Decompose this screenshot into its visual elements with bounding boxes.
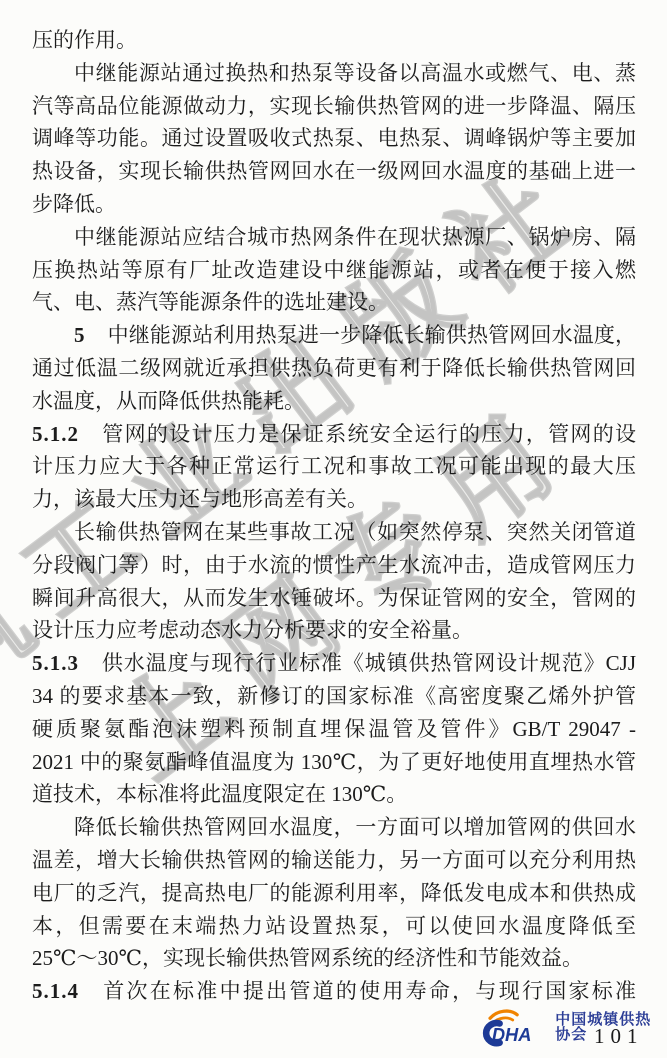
text-line: 热设备，实现长输供热管网回水在一级网回水温度的基础上进一 xyxy=(32,155,636,188)
text-line: 降低长输供热管网回水温度，一方面可以增加管网的供回水 xyxy=(32,811,636,844)
line-text: 道技术，本标准将此温度限定在 130℃。 xyxy=(32,782,407,806)
text-line: 5.1.2管网的设计压力是保证系统安全运行的压力，管网的设 xyxy=(32,418,636,451)
text-line: 硬质聚氨酯泡沫塑料预制直埋保温管及管件》GB/T 29047 - xyxy=(32,713,636,746)
text-line: 电厂的乏汽，提高热电厂的能源利用率，降低发电成本和供热成 xyxy=(32,877,636,910)
clause-number: 5.1.2 xyxy=(32,422,79,446)
cdha-acronym: DHA xyxy=(492,1024,532,1045)
text-line: 步降低。 xyxy=(32,188,636,221)
line-text: 中继能源站利用热泵进一步降低长输供热管网回水温度， xyxy=(108,323,637,347)
document-page: 中国建筑工业出版社 上网专用 压的作用。 中继能源站通过换热和热泵等设备以高温水… xyxy=(0,0,667,1058)
document-body: 压的作用。 中继能源站通过换热和热泵等设备以高温水或燃气、电、蒸 汽等高品位能源… xyxy=(32,24,636,1008)
line-text: 中继能源站应结合城市热网条件在现状热源厂、锅炉房、隔 xyxy=(74,225,636,249)
clause-number: 5.1.4 xyxy=(32,979,79,1003)
cdha-emblem-icon: DHA xyxy=(470,1004,550,1050)
line-text: 力，该最大压力还与地形高差有关。 xyxy=(32,487,368,511)
line-text: 压的作用。 xyxy=(32,28,137,52)
line-text: 瞬间升高很大，从而发生水锤破坏。为保证管网的安全，管网的 xyxy=(32,586,636,610)
line-text: 2021 中的聚氨酯峰值温度为 130℃，为了更好地使用直埋热水管 xyxy=(32,750,636,774)
text-line: 瞬间升高很大，从而发生水锤破坏。为保证管网的安全，管网的 xyxy=(32,582,636,615)
text-line: 计压力应大于各种正常运行工况和事故工况可能出现的最大压 xyxy=(32,450,636,483)
line-text: 压换热站等原有厂址改造建设中继能源站，或者在便于接入燃 xyxy=(32,258,636,282)
line-text: 首次在标准中提出管道的使用寿命，与现行国家标准 xyxy=(101,979,636,1003)
line-text: 本，但需要在末端热力站设置热泵，可以使回水温度降低至 xyxy=(32,914,636,938)
text-line: 水温度，从而降低供热能耗。 xyxy=(32,385,636,418)
text-line: 本，但需要在末端热力站设置热泵，可以使回水温度降低至 xyxy=(32,910,636,943)
text-line: 5.1.3供水温度与现行行业标准《城镇供热管网设计规范》CJJ xyxy=(32,647,636,680)
line-text: 供水温度与现行行业标准《城镇供热管网设计规范》CJJ xyxy=(101,651,636,675)
text-line: 道技术，本标准将此温度限定在 130℃。 xyxy=(32,778,636,811)
line-text: 中继能源站通过换热和热泵等设备以高温水或燃气、电、蒸 xyxy=(74,61,636,85)
line-text: 热设备，实现长输供热管网回水在一级网回水温度的基础上进一 xyxy=(32,159,636,183)
line-text: 气、电、蒸汽等能源条件的选址建设。 xyxy=(32,290,389,314)
line-text: 水温度，从而降低供热能耗。 xyxy=(32,389,305,413)
text-line: 通过低温二级网就近承担供热负荷更有利于降低长输供热管网回 xyxy=(32,352,636,385)
cdha-logo: DHA 中国城镇供热协会 xyxy=(470,1004,667,1050)
association-name: 中国城镇供热协会 xyxy=(555,1012,667,1042)
line-text: 通过低温二级网就近承担供热负荷更有利于降低长输供热管网回 xyxy=(32,356,636,380)
line-text: 降低长输供热管网回水温度，一方面可以增加管网的供回水 xyxy=(74,815,636,839)
text-line: 34 的要求基本一致，新修订的国家标准《高密度聚乙烯外护管 xyxy=(32,680,636,713)
text-line: 气、电、蒸汽等能源条件的选址建设。 xyxy=(32,286,636,319)
text-line: 2021 中的聚氨酯峰值温度为 130℃，为了更好地使用直埋热水管 xyxy=(32,746,636,779)
clause-number: 5.1.3 xyxy=(32,651,79,675)
clause-number: 5 xyxy=(74,323,86,347)
line-text: 汽等高品位能源做动力，实现长输供热管网的进一步降温、隔压 xyxy=(32,94,636,118)
line-text: 硬质聚氨酯泡沫塑料预制直埋保温管及管件》GB/T 29047 - xyxy=(32,717,636,741)
text-line: 温差，增大长输供热管网的输送能力，另一方面可以充分利用热 xyxy=(32,844,636,877)
line-text: 长输供热管网在某些事故工况（如突然停泵、突然关闭管道 xyxy=(74,520,636,544)
text-line: 汽等高品位能源做动力，实现长输供热管网的进一步降温、隔压 xyxy=(32,90,636,123)
line-text: 分段阀门等）时，由于水流的惯性产生水流冲击，造成管网压力 xyxy=(32,553,636,577)
line-text: 步降低。 xyxy=(32,192,116,216)
line-text: 34 的要求基本一致，新修订的国家标准《高密度聚乙烯外护管 xyxy=(32,684,636,708)
text-line: 25℃～30℃，实现长输供热管网系统的经济性和节能效益。 xyxy=(32,942,636,975)
text-line: 中继能源站通过换热和热泵等设备以高温水或燃气、电、蒸 xyxy=(32,57,636,90)
text-line: 中继能源站应结合城市热网条件在现状热源厂、锅炉房、隔 xyxy=(32,221,636,254)
line-text: 温差，增大长输供热管网的输送能力，另一方面可以充分利用热 xyxy=(32,848,636,872)
text-line: 5.1.4首次在标准中提出管道的使用寿命，与现行国家标准 xyxy=(32,975,636,1008)
text-line: 力，该最大压力还与地形高差有关。 xyxy=(32,483,636,516)
line-text: 调峰等功能。通过设置吸收式热泵、电热泵、调峰锅炉等主要加 xyxy=(32,126,636,150)
text-line: 5中继能源站利用热泵进一步降低长输供热管网回水温度， xyxy=(32,319,636,352)
line-text: 25℃～30℃，实现长输供热管网系统的经济性和节能效益。 xyxy=(32,946,583,970)
line-text: 计压力应大于各种正常运行工况和事故工况可能出现的最大压 xyxy=(32,454,636,478)
line-text: 管网的设计压力是保证系统安全运行的压力，管网的设 xyxy=(101,422,636,446)
text-line: 长输供热管网在某些事故工况（如突然停泵、突然关闭管道 xyxy=(32,516,636,549)
text-line: 调峰等功能。通过设置吸收式热泵、电热泵、调峰锅炉等主要加 xyxy=(32,122,636,155)
text-line: 分段阀门等）时，由于水流的惯性产生水流冲击，造成管网压力 xyxy=(32,549,636,582)
line-text: 设计压力应考虑动态水力分析要求的安全裕量。 xyxy=(32,618,473,642)
text-line: 设计压力应考虑动态水力分析要求的安全裕量。 xyxy=(32,614,636,647)
text-line: 压的作用。 xyxy=(32,24,636,57)
text-line: 压换热站等原有厂址改造建设中继能源站，或者在便于接入燃 xyxy=(32,254,636,287)
line-text: 电厂的乏汽，提高热电厂的能源利用率，降低发电成本和供热成 xyxy=(32,881,636,905)
